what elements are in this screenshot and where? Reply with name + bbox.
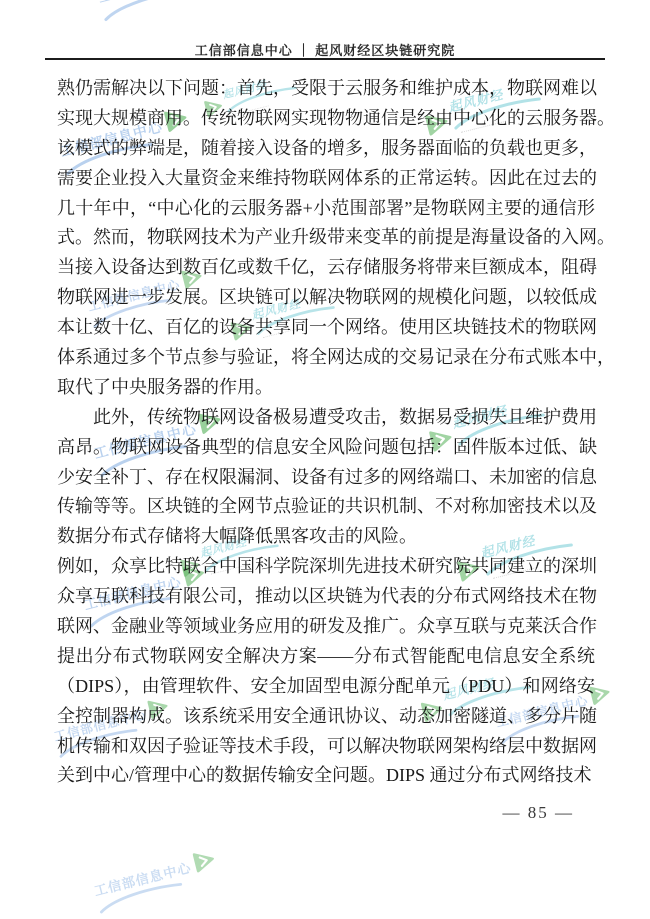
body-line: 熟仍需解决以下问题：首先，受限于云服务和维护成本，物联网难以 xyxy=(57,74,595,104)
body-line: 众享互联科技有限公司，推动以区块链为代表的分布式网络技术在物 xyxy=(57,582,595,612)
brand-logo-icon xyxy=(190,846,218,875)
page-header: 工信部信息中心 ｜ 起风财经区块链研究院 xyxy=(0,40,650,59)
body-line: 数据分布式存储将大幅降低黑客攻击的风险。 xyxy=(57,522,595,552)
body-line: 式。然而，物联网技术为产业升级带来变革的前提是海量设备的入网。 xyxy=(57,223,595,253)
body-line: 实现大规模商用。传统物联网实现物物通信是经由中心化的云服务器。 xyxy=(57,104,595,134)
watermark-swoosh xyxy=(97,879,185,915)
body-text: 熟仍需解决以下问题：首先，受限于云服务和维护成本，物联网难以实现大规模商用。传统… xyxy=(57,74,595,791)
page-number: — 85 — xyxy=(503,803,575,823)
body-line: 例如，众享比特联合中国科学院深圳先进技术研究院共同建立的深圳 xyxy=(57,552,595,582)
body-line: 此外，传统物联网设备极易遭受攻击，数据易受损失且维护费用 xyxy=(57,403,595,433)
watermark-swoosh xyxy=(101,0,194,23)
body-line: 需要企业投入大量资金来维持物联网体系的正常运转。因此在过去的 xyxy=(57,164,595,194)
body-line: （DIPS），由管理软件、安全加固型电源分配单元（PDU）和网络安 xyxy=(57,672,595,702)
watermark-text: 工信部信息中心 xyxy=(96,0,203,7)
body-line: 关到中心/管理中心的数据传输安全问题。DIPS 通过分布式网络技术 xyxy=(57,761,595,791)
body-line: 取代了中央服务器的作用。 xyxy=(57,373,595,403)
body-line: 物联网进一步发展。区块链可以解决物联网的规模化问题，以较低成 xyxy=(57,283,595,313)
body-line: 该模式的弊端是，随着接入设备的增多，服务器面临的负载也更多， xyxy=(57,134,595,164)
body-line: 本让数十亿、百亿的设备共享同一个网络。使用区块链技术的物联网 xyxy=(57,313,595,343)
body-line: 联网、金融业等领域业务应用的研发及推广。众享互联与克莱沃合作 xyxy=(57,612,595,642)
body-line: 体系通过多个节点参与验证，将全网达成的交易记录在分布式账本中， xyxy=(57,343,595,373)
body-line: 当接入设备达到数百亿或数千亿，云存储服务将带来巨额成本，阻碍 xyxy=(57,253,595,283)
header-divider xyxy=(45,58,605,60)
body-line: 传输等等。区块链的全网节点验证的共识机制、不对称加密技术以及 xyxy=(57,492,595,522)
body-line: 提出分布式物联网安全解决方案——分布式智能配电信息安全系统 xyxy=(57,642,595,672)
watermark: 工信部信息中心 xyxy=(92,852,222,916)
body-line: 全控制器构成。该系统采用安全通讯协议、动态加密隧道、多分片随 xyxy=(57,702,595,732)
body-line: 机传输和双因子验证等技术手段，可以解决物联网架构络层中数据网 xyxy=(57,732,595,762)
document-page: 工信部信息中心起风财经起风财经工信部信息中心工信部信息中心起风财经起风财经工信部… xyxy=(0,0,650,919)
body-line: 高昂。物联网设备典型的信息安全风险问题包括：固件版本过低、缺 xyxy=(57,433,595,463)
watermark-text: 工信部信息中心 xyxy=(92,858,193,901)
watermark: 工信部信息中心 xyxy=(96,0,233,23)
body-line: 少安全补丁、存在权限漏洞、设备有过多的网络端口、未加密的信息 xyxy=(57,463,595,493)
body-line: 几十年中，“中心化的云服务器+小范围部署”是物联网主要的通信形 xyxy=(57,194,595,224)
